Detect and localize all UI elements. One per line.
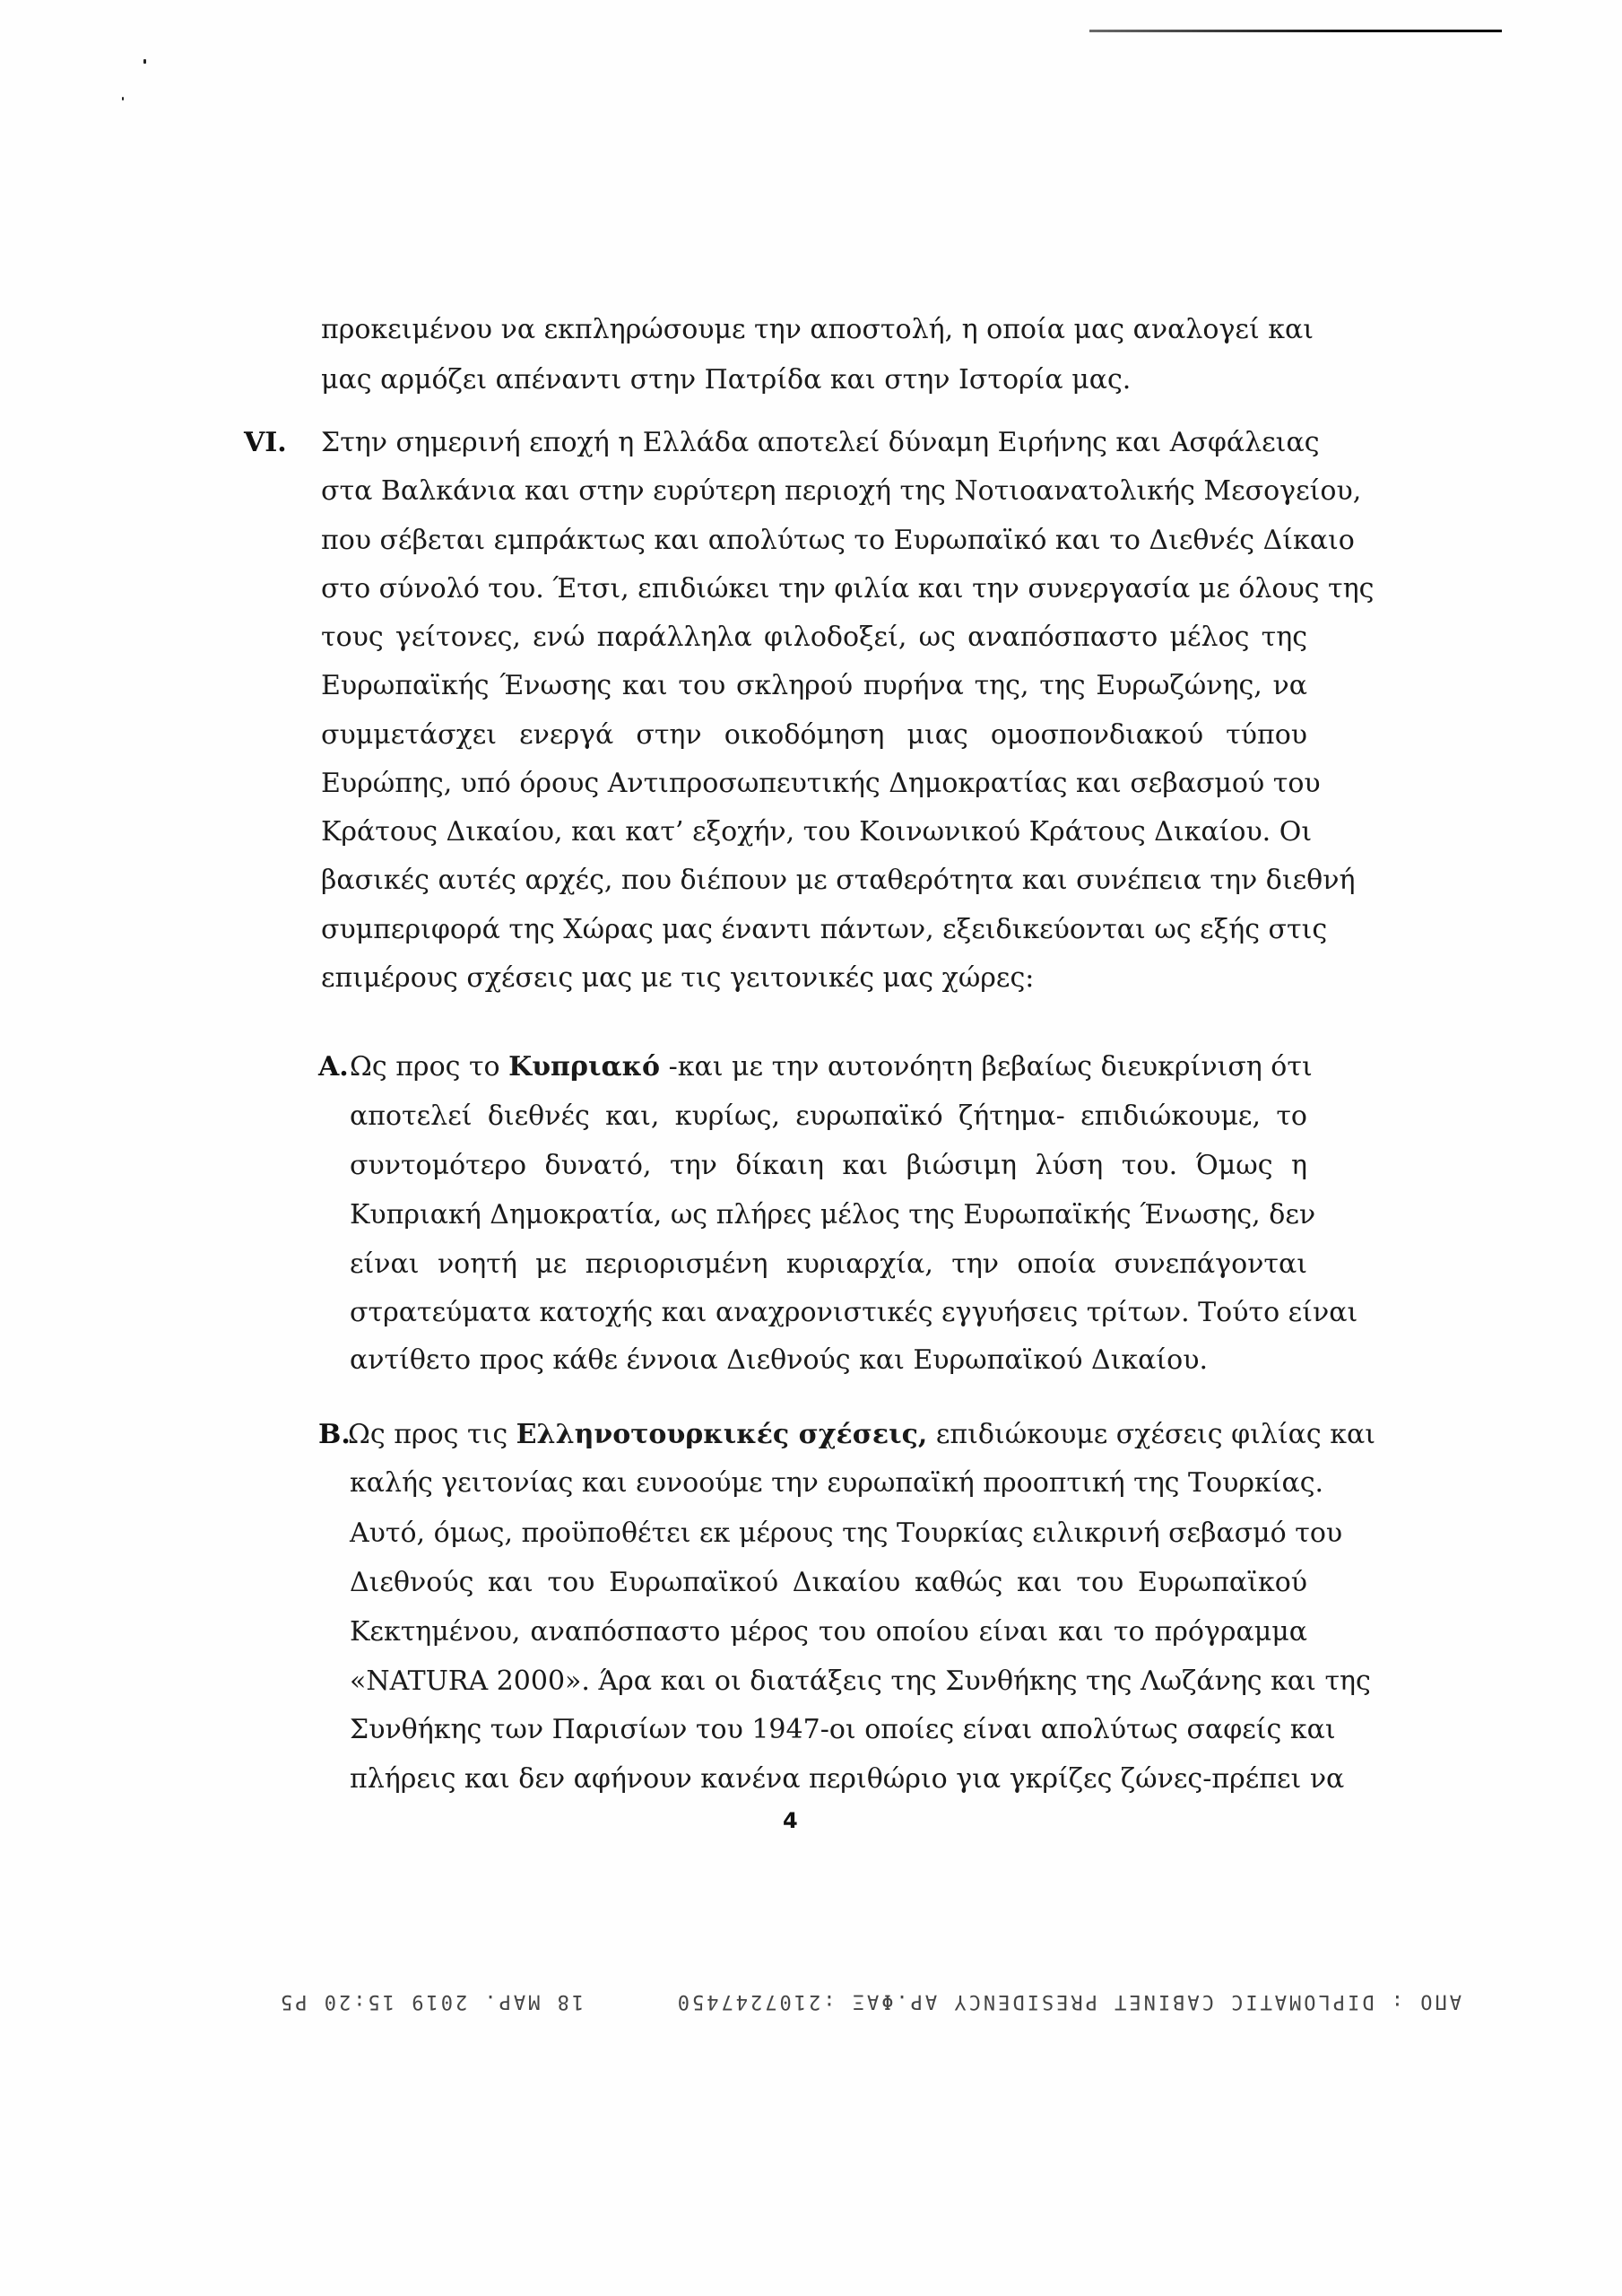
text-line: αντίθετο προς κάθε έννοια Διεθνούς και Ε…: [350, 1344, 1307, 1377]
page-number: 4: [783, 1808, 798, 1833]
text-line: βασικές αυτές αρχές, που διέπουν με σταθ…: [321, 865, 1307, 897]
text-line: Συνθήκης των Παρισίων του 1947-οι οποίες…: [350, 1714, 1307, 1746]
text-run: Ως προς το: [350, 1051, 508, 1083]
text-line: Κράτους Δικαίου, και κατ’ εξοχήν, του Κο…: [321, 816, 1307, 848]
text-line: που σέβεται εμπράκτως και απολύτως το Ευ…: [321, 525, 1307, 557]
scan-speck: [143, 59, 146, 64]
scan-speck: [122, 97, 124, 100]
text-run: -και με την αυτονόητη βεβαίως διευκρίνισ…: [660, 1051, 1313, 1083]
text-line: στο σύνολό του. Έτσι, επιδιώκει την φιλί…: [321, 573, 1307, 605]
fax-sender: ΑΠΟ : DIPLOMATIC CABINET PRESIDENCY ΑΡ.Φ…: [675, 1990, 1462, 2013]
text-line: συντομότερο δυνατό, την δίκαιη και βιώσι…: [350, 1150, 1307, 1182]
text-run: Ως προς τις: [348, 1419, 516, 1450]
text-line: προκειμένου να εκπληρώσουμε την αποστολή…: [321, 314, 1307, 346]
text-line: μας αρμόζει απέναντι στην Πατρίδα και στ…: [321, 364, 1307, 396]
text-line: Αυτό, όμως, προϋποθέτει εκ μέρους της Το…: [350, 1518, 1307, 1550]
text-line: Ως προς το Κυπριακό -και με την αυτονόητ…: [350, 1051, 1307, 1083]
fax-header: ΑΠΟ : DIPLOMATIC CABINET PRESIDENCY ΑΡ.Φ…: [206, 1982, 1462, 2018]
text-line: Ευρωπαϊκής Ένωσης και του σκληρού πυρήνα…: [321, 670, 1307, 702]
text-line: συμπεριφορά της Χώρας μας έναντι πάντων,…: [321, 914, 1307, 946]
text-line: Κεκτημένου, αναπόσπαστο μέρος του οποίου…: [350, 1616, 1307, 1648]
text-line: στα Βαλκάνια και στην ευρύτερη περιοχή τ…: [321, 475, 1307, 508]
text-line: Στην σημερινή εποχή η Ελλάδα αποτελεί δύ…: [321, 427, 1307, 459]
text-line: είναι νοητή με περιορισμένη κυριαρχία, τ…: [350, 1248, 1307, 1281]
text-run: επιδιώκουμε σχέσεις φιλίας και: [927, 1419, 1375, 1450]
bold-term: Κυπριακό: [508, 1051, 660, 1083]
text-line: τους γείτονες, ενώ παράλληλα φιλοδοξεί, …: [321, 622, 1307, 654]
text-line: αποτελεί διεθνές και, κυρίως, ευρωπαϊκό …: [350, 1100, 1307, 1133]
text-line: στρατεύματα κατοχής και αναχρονιστικές ε…: [350, 1297, 1307, 1329]
top-rule-line: [1089, 30, 1502, 32]
text-line: «NATURA 2000». Άρα και οι διατάξεις της …: [350, 1665, 1307, 1698]
text-line: Διεθνούς και του Ευρωπαϊκού Δικαίου καθώ…: [350, 1567, 1307, 1599]
fax-datetime: 18 ΜΑΡ. 2019 15:20 P5: [278, 1990, 584, 2013]
text-line: συμμετάσχει ενεργά στην οικοδόμηση μιας …: [321, 719, 1307, 752]
text-line: Κυπριακή Δημοκρατία, ως πλήρες μέλος της…: [350, 1199, 1307, 1231]
text-line: Ευρώπης, υπό όρους Αντιπροσωπευτικής Δημ…: [321, 768, 1307, 800]
text-line: επιμέρους σχέσεις μας με τις γειτονικές …: [321, 962, 1307, 995]
text-line: Ως προς τις Ελληνοτουρκικές σχέσεις, επι…: [348, 1419, 1305, 1451]
bold-term: Ελληνοτουρκικές σχέσεις,: [516, 1419, 928, 1450]
subsection-label: Α.: [318, 1051, 349, 1083]
scanned-page: προκειμένου να εκπληρώσουμε την αποστολή…: [0, 0, 1622, 2296]
section-label: VI.: [244, 427, 287, 459]
subsection-label: Β.: [318, 1419, 351, 1451]
text-line: καλής γειτονίας και ευνοούμε την ευρωπαϊ…: [350, 1467, 1307, 1500]
text-line: πλήρεις και δεν αφήνουν κανένα περιθώριο…: [350, 1763, 1307, 1796]
